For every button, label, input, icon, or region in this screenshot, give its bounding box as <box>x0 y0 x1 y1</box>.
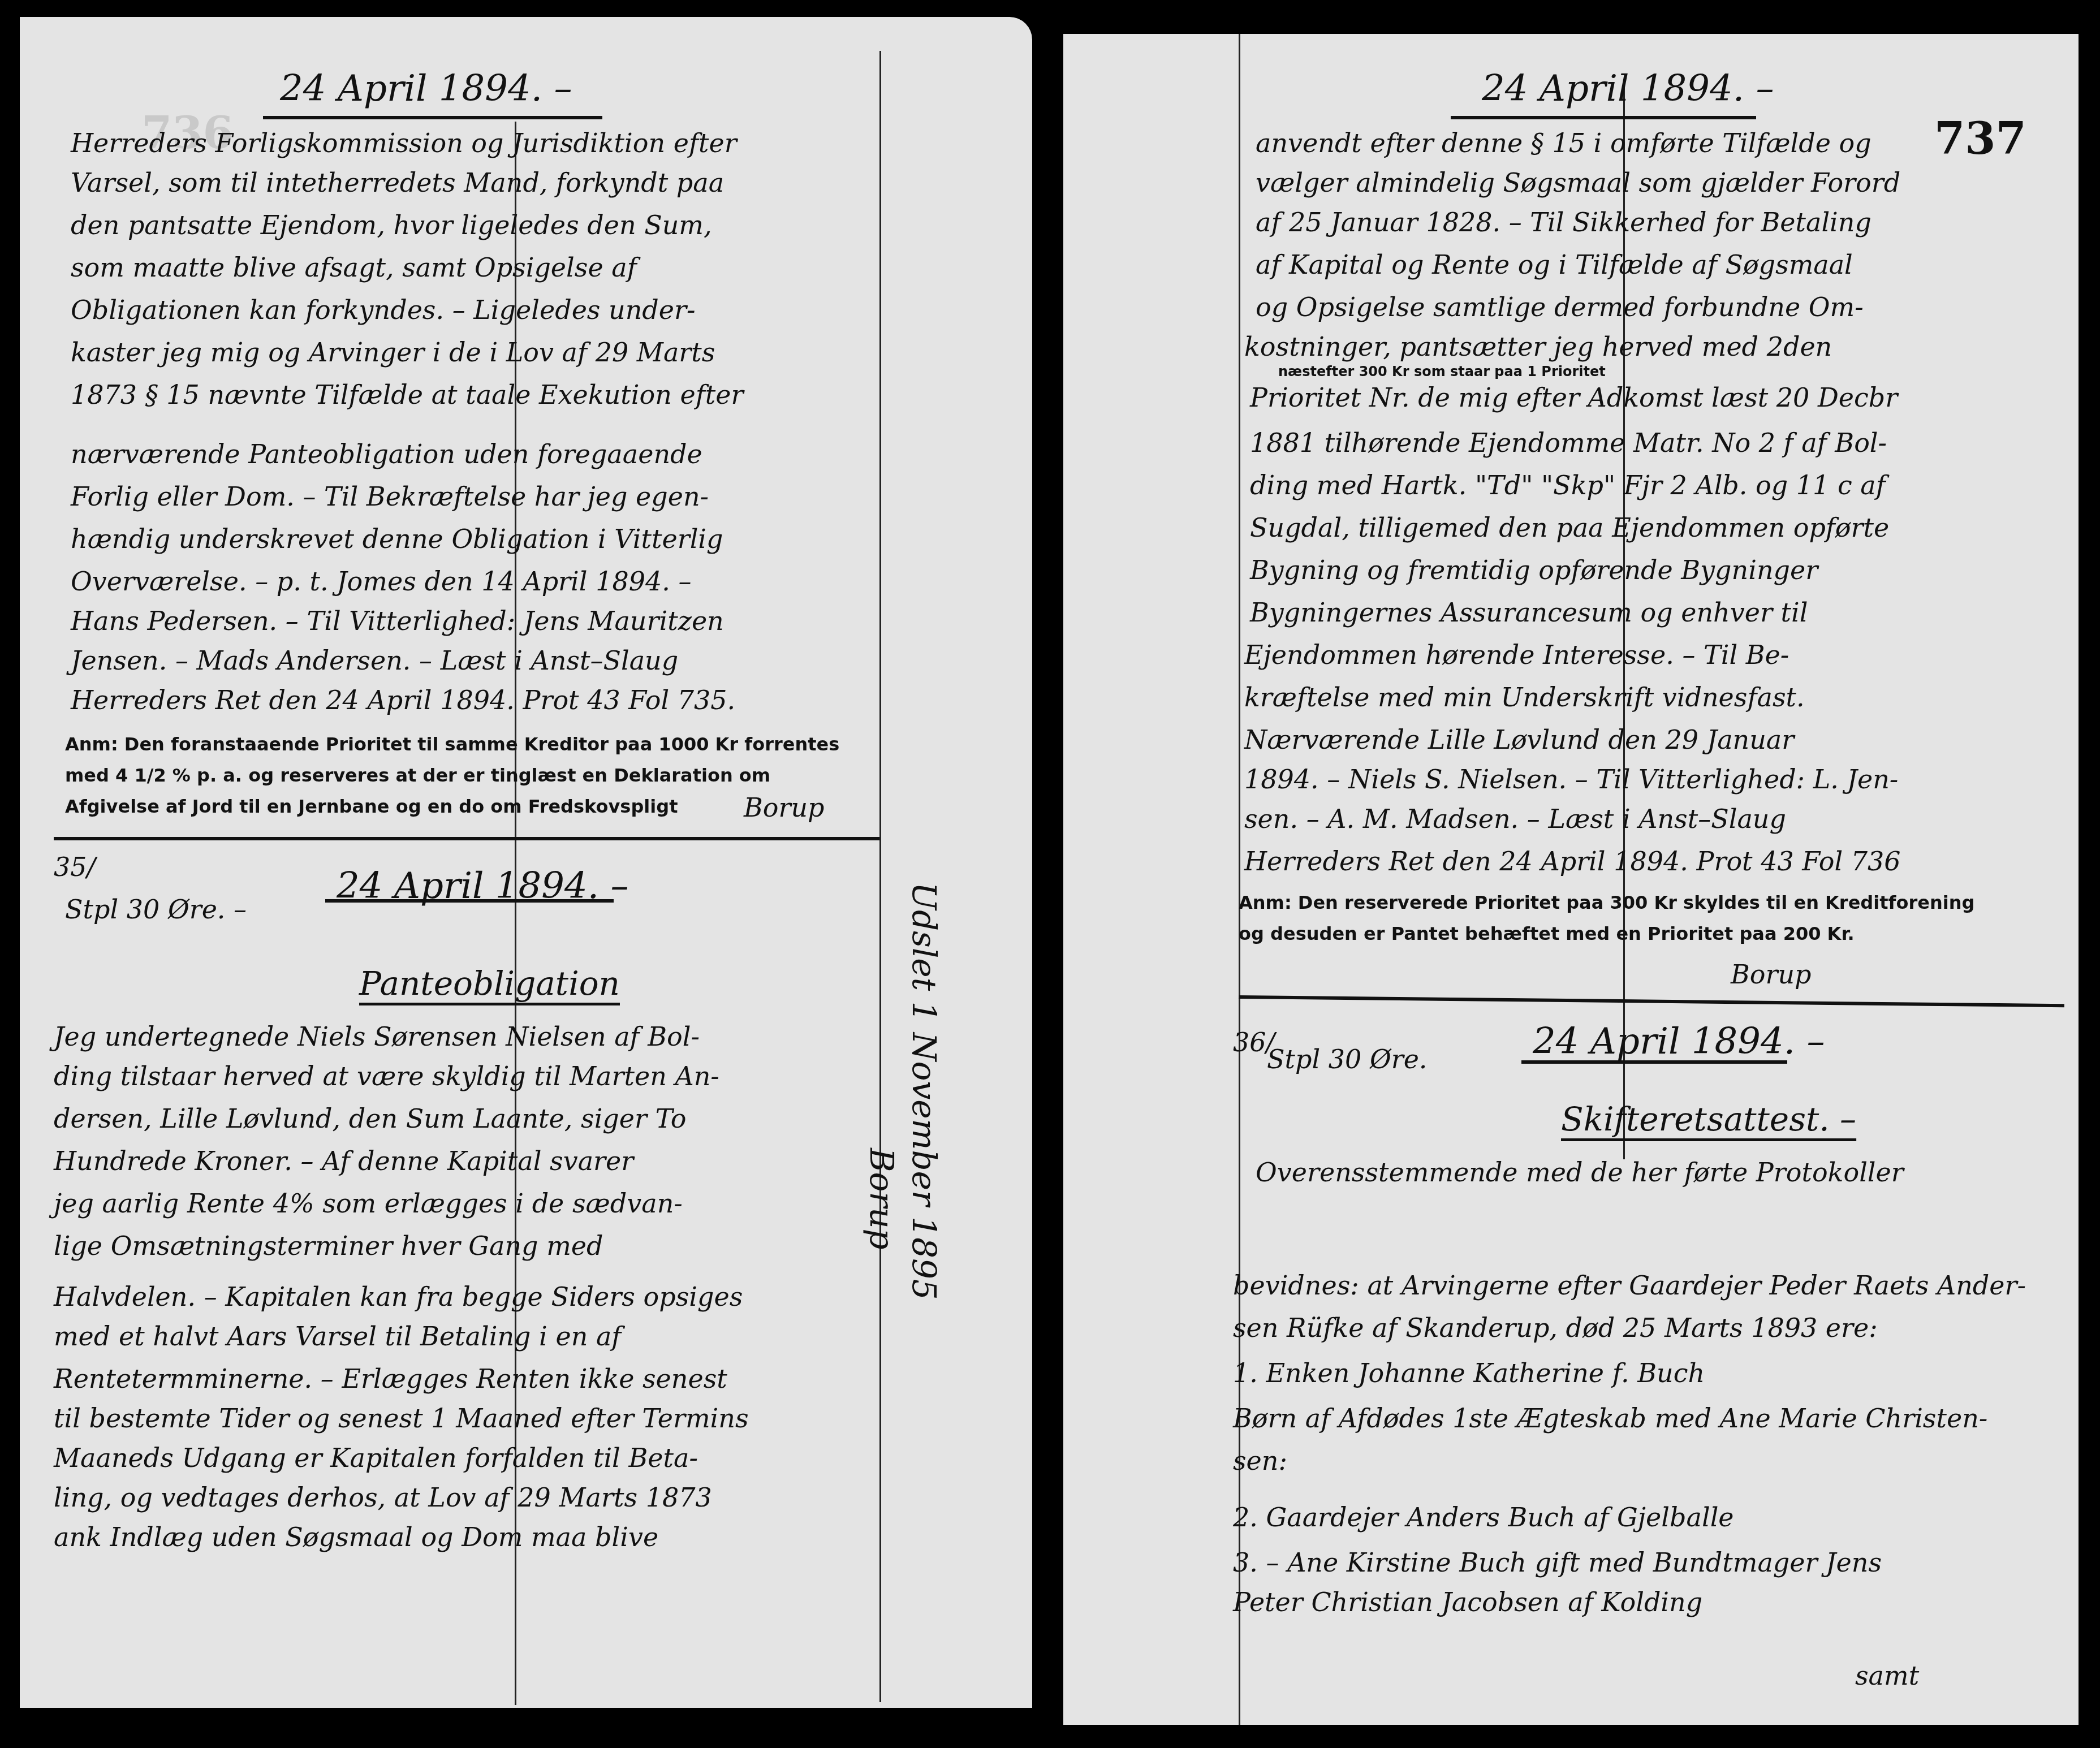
signature: Borup <box>1731 961 1812 987</box>
stamp-fee: Stpl 30 Øre. – <box>65 896 247 922</box>
margin-signature: Borup <box>865 1148 898 1250</box>
interlinear-insertion: næstefter 300 Kr som staar paa 1 Priorit… <box>1278 365 1606 378</box>
entry-number: 35/ <box>54 854 96 880</box>
ruled-margin-line <box>879 51 881 1702</box>
signature: Borup <box>744 795 825 821</box>
section-date-underline <box>325 899 614 903</box>
stamp-fee: Stpl 30 Øre. <box>1267 1046 1427 1072</box>
left-page: 736 24 April 1894. – Herreders Forligsko… <box>20 17 1032 1708</box>
section-title: Skifteretsattest. – <box>1561 1103 1856 1136</box>
section-date: 24 April 1894. – <box>1533 1024 1825 1060</box>
margin-cancellation-note: Udslet 1 November 1895 <box>908 882 941 1300</box>
header-underline <box>263 116 602 119</box>
header-date: 24 April 1894. – <box>280 71 572 107</box>
book-spine <box>1032 0 1063 1748</box>
right-page: 24 April 1894. – 737 anvendt efter denne… <box>1063 34 2079 1725</box>
section-title: Panteobligation <box>359 967 620 1000</box>
page-number: 737 <box>1934 113 2026 165</box>
header-underline <box>1451 116 1756 119</box>
section-date-underline <box>1521 1060 1787 1064</box>
entry-separator <box>54 837 879 840</box>
entry-separator <box>1239 995 2064 1007</box>
catchword: samt <box>1855 1663 1919 1689</box>
header-date: 24 April 1894. – <box>1482 71 1774 107</box>
